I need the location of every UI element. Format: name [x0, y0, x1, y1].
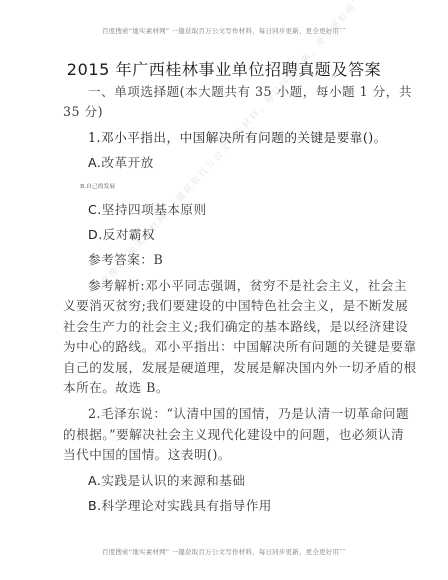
analysis-line-6: 本所在。故选 B。 [63, 378, 385, 399]
analysis-line-3: 社会生产力的社会主义;我们确定的基本路线，是以经济建设 [63, 317, 385, 338]
option-text: 改革开放 [101, 155, 153, 170]
option-text: 科学理论对实践具有指导作用 [102, 498, 272, 513]
analysis-line-5: 自己的发展，发展是硬道理，发展是解决国内外一切矛盾的根 [63, 358, 385, 379]
section-intro-line-1: 一、单项选择题(本大题共有 35 小题，每小题 1 分，共 [88, 82, 410, 103]
option-label: A. [88, 473, 101, 488]
question-2-option-a: A.实践是认识的来源和基础 [88, 471, 410, 492]
footer-note: 百度搜索“地实素材网” 一键获取百万公文写作材料，每日同步更新，更全更好用˜˜ [0, 547, 448, 556]
question-2-stem-line-1: 2.毛泽东说：“认清中国的国情，乃是认清一切革命问题 [88, 404, 410, 425]
page-title: 2015 年广西桂林事业单位招聘真题及答案 [0, 57, 448, 80]
option-label: A. [88, 155, 101, 170]
option-text: 实践是认识的来源和基础 [101, 473, 245, 488]
option-label: C. [88, 202, 102, 217]
option-text: 坚持四项基本原则 [102, 202, 207, 217]
analysis-line-1: 参考解析:邓小平同志强调，贫穷不是社会主义，社会主 [88, 276, 410, 297]
option-label: B. [88, 498, 102, 513]
question-1-stem: 1.邓小平指出，中国解决所有问题的关键是要靠()。 [88, 128, 410, 149]
question-2-stem-line-2: 的根据。”要解决社会主义现代化建设中的问题，也必须认清 [63, 425, 385, 446]
question-1-option-d: D.反对霸权 [88, 225, 410, 246]
question-1-option-a: A.改革开放 [88, 153, 410, 174]
analysis-line-4: 为中心的路线。邓小平指出：中国解决所有问题的关键是要靠 [63, 337, 385, 358]
question-2-option-b: B.科学理论对实践具有指导作用 [88, 496, 410, 517]
header-note: 百度搜索“地实素材网” 一键获取百万公文写作材料，每日同步更新，更全更好用˜˜ [0, 26, 448, 35]
option-text: 反对霸权 [103, 227, 155, 242]
option-text: 自己的发展 [86, 184, 115, 190]
document-page: 百度搜索“地实素材网” 一键获取百万公文写作材料，每日同步更新，更全更好用˜˜ … [0, 0, 448, 580]
question-2-stem-line-3: 当代中国的国情。这表明()。 [63, 445, 385, 466]
analysis-line-2: 义要消灭贫穷;我们要建设的中国特色社会主义，是不断发展 [63, 296, 385, 317]
question-1-option-b: B.自己的发展 [80, 181, 115, 190]
question-1-option-c: C.坚持四项基本原则 [88, 200, 410, 221]
option-label: D. [88, 227, 103, 242]
section-intro-line-2: 35 分) [63, 102, 385, 123]
question-1-answer: 参考答案：B [88, 250, 410, 271]
